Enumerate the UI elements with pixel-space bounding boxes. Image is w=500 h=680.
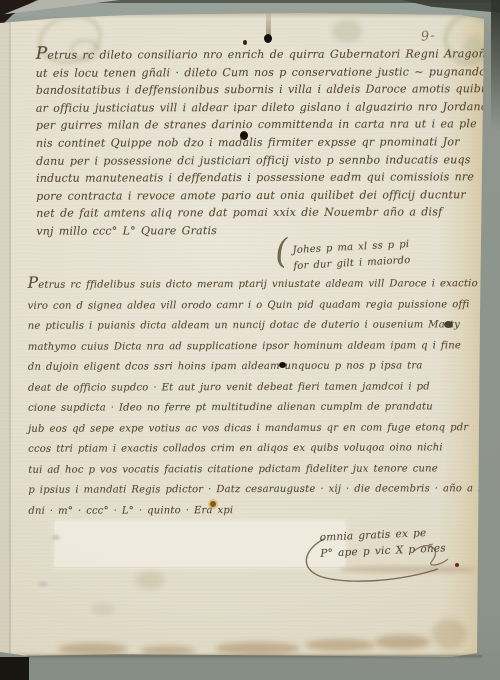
manuscript-text-line: Petrus rc ffidelibus suis dicto meram pt…: [28, 274, 482, 296]
bottom-stain-3: [215, 642, 300, 655]
dark-edge-right: [491, 0, 500, 130]
faint-stain-2: [90, 603, 115, 615]
blue-mark-1: [52, 535, 60, 540]
entry-2-text: Petrus rc ffidelibus suis dicto meram pt…: [28, 274, 483, 522]
manuscript-photo: { "colors": { "backdrop": "#8d948c", "pa…: [0, 0, 500, 680]
manuscript-text-line: dn dujoin eligent dcos ssri hoins ipam a…: [28, 356, 482, 378]
bottom-stain-6: [432, 619, 466, 649]
gutter-strip: [0, 19, 9, 653]
manuscript-text-line: ar officiu justiciatus vill i aldear ipa…: [36, 98, 472, 117]
manuscript-text-line: Petrus rc dileto consiliario nro enrich …: [36, 45, 472, 64]
manuscript-text-line: p ipsius i mandati Regis pdictor · Datz …: [28, 479, 482, 501]
manuscript-text-line: ccos ttri ptiam i exactis collados crim …: [28, 438, 482, 460]
blue-mark-2: [38, 581, 48, 587]
faint-stain-1: [135, 571, 165, 589]
folio-number: 9-: [420, 28, 436, 44]
gutter-line: [9, 19, 11, 653]
manuscript-text-line: bandositatibus i deffensionibus subornis…: [36, 80, 472, 99]
dark-cover-bottom-left: [0, 657, 29, 680]
burn-streak-tip: [264, 34, 272, 43]
manuscript-text-line: viro con d signea aldea vill orodo camr …: [28, 295, 482, 317]
manuscript-text-line: ne pticulis i puianis dicta aldeam un nu…: [28, 315, 482, 337]
manuscript-text-line: jub eos qd sepe expe votius ac vos dicas…: [28, 418, 482, 440]
manuscript-text-line: per guirres milan de stranes darinio com…: [36, 116, 472, 135]
manuscript-text-line: dni · m° · ccc° · L° · quinto · Era xpi: [28, 500, 482, 522]
manuscript-text-line: net de fait amtens aliq rone dat pomai x…: [36, 204, 472, 223]
manuscript-text-line: deat de officio supdco · Et aut juro ven…: [28, 377, 482, 399]
manuscript-text-line: ut eis locu tenen gñali · dileto Cum nos…: [36, 63, 472, 82]
marginal-note-bracket: (: [274, 232, 290, 273]
ink-blot-small-top: [243, 40, 247, 45]
bottom-stain-4: [305, 639, 375, 651]
pale-stain-top-right: [332, 19, 362, 43]
entry-1-text: Petrus rc dileto consiliario nro enrich …: [36, 45, 473, 240]
bottom-stain-1: [58, 643, 128, 655]
manuscript-page: 9- Petrus rc dileto consiliario nro enri…: [0, 13, 486, 660]
manuscript-text-line: cione supdicta · Ideo no ferre pt multit…: [28, 397, 482, 419]
chancery-signature-note: omnia gratis ex peP° ape p vic X p oñes: [319, 524, 446, 561]
manuscript-text-line: pore contracta i revoce amote pario aut …: [36, 186, 472, 205]
manuscript-text-line: mathymo cuius Dicta nra ad supplicatione…: [28, 336, 482, 358]
manuscript-text-line: nis continet Quippe nob dzo i madalis fi…: [36, 133, 472, 152]
manuscript-text-line: inductu manuteneatis i deffendatis i pos…: [36, 168, 472, 187]
bottom-stain-5: [375, 635, 430, 649]
bottom-stain-2: [140, 646, 195, 655]
manuscript-text-line: tui ad hoc p vos vocatis faciatis citati…: [28, 459, 482, 481]
page-bottom-shadow: [26, 655, 482, 659]
manuscript-text-line: danu per i possessione dci justiciari of…: [36, 151, 472, 170]
marginal-note: Johes p ma xl ss p pifor dur gilt i maio…: [292, 237, 411, 274]
